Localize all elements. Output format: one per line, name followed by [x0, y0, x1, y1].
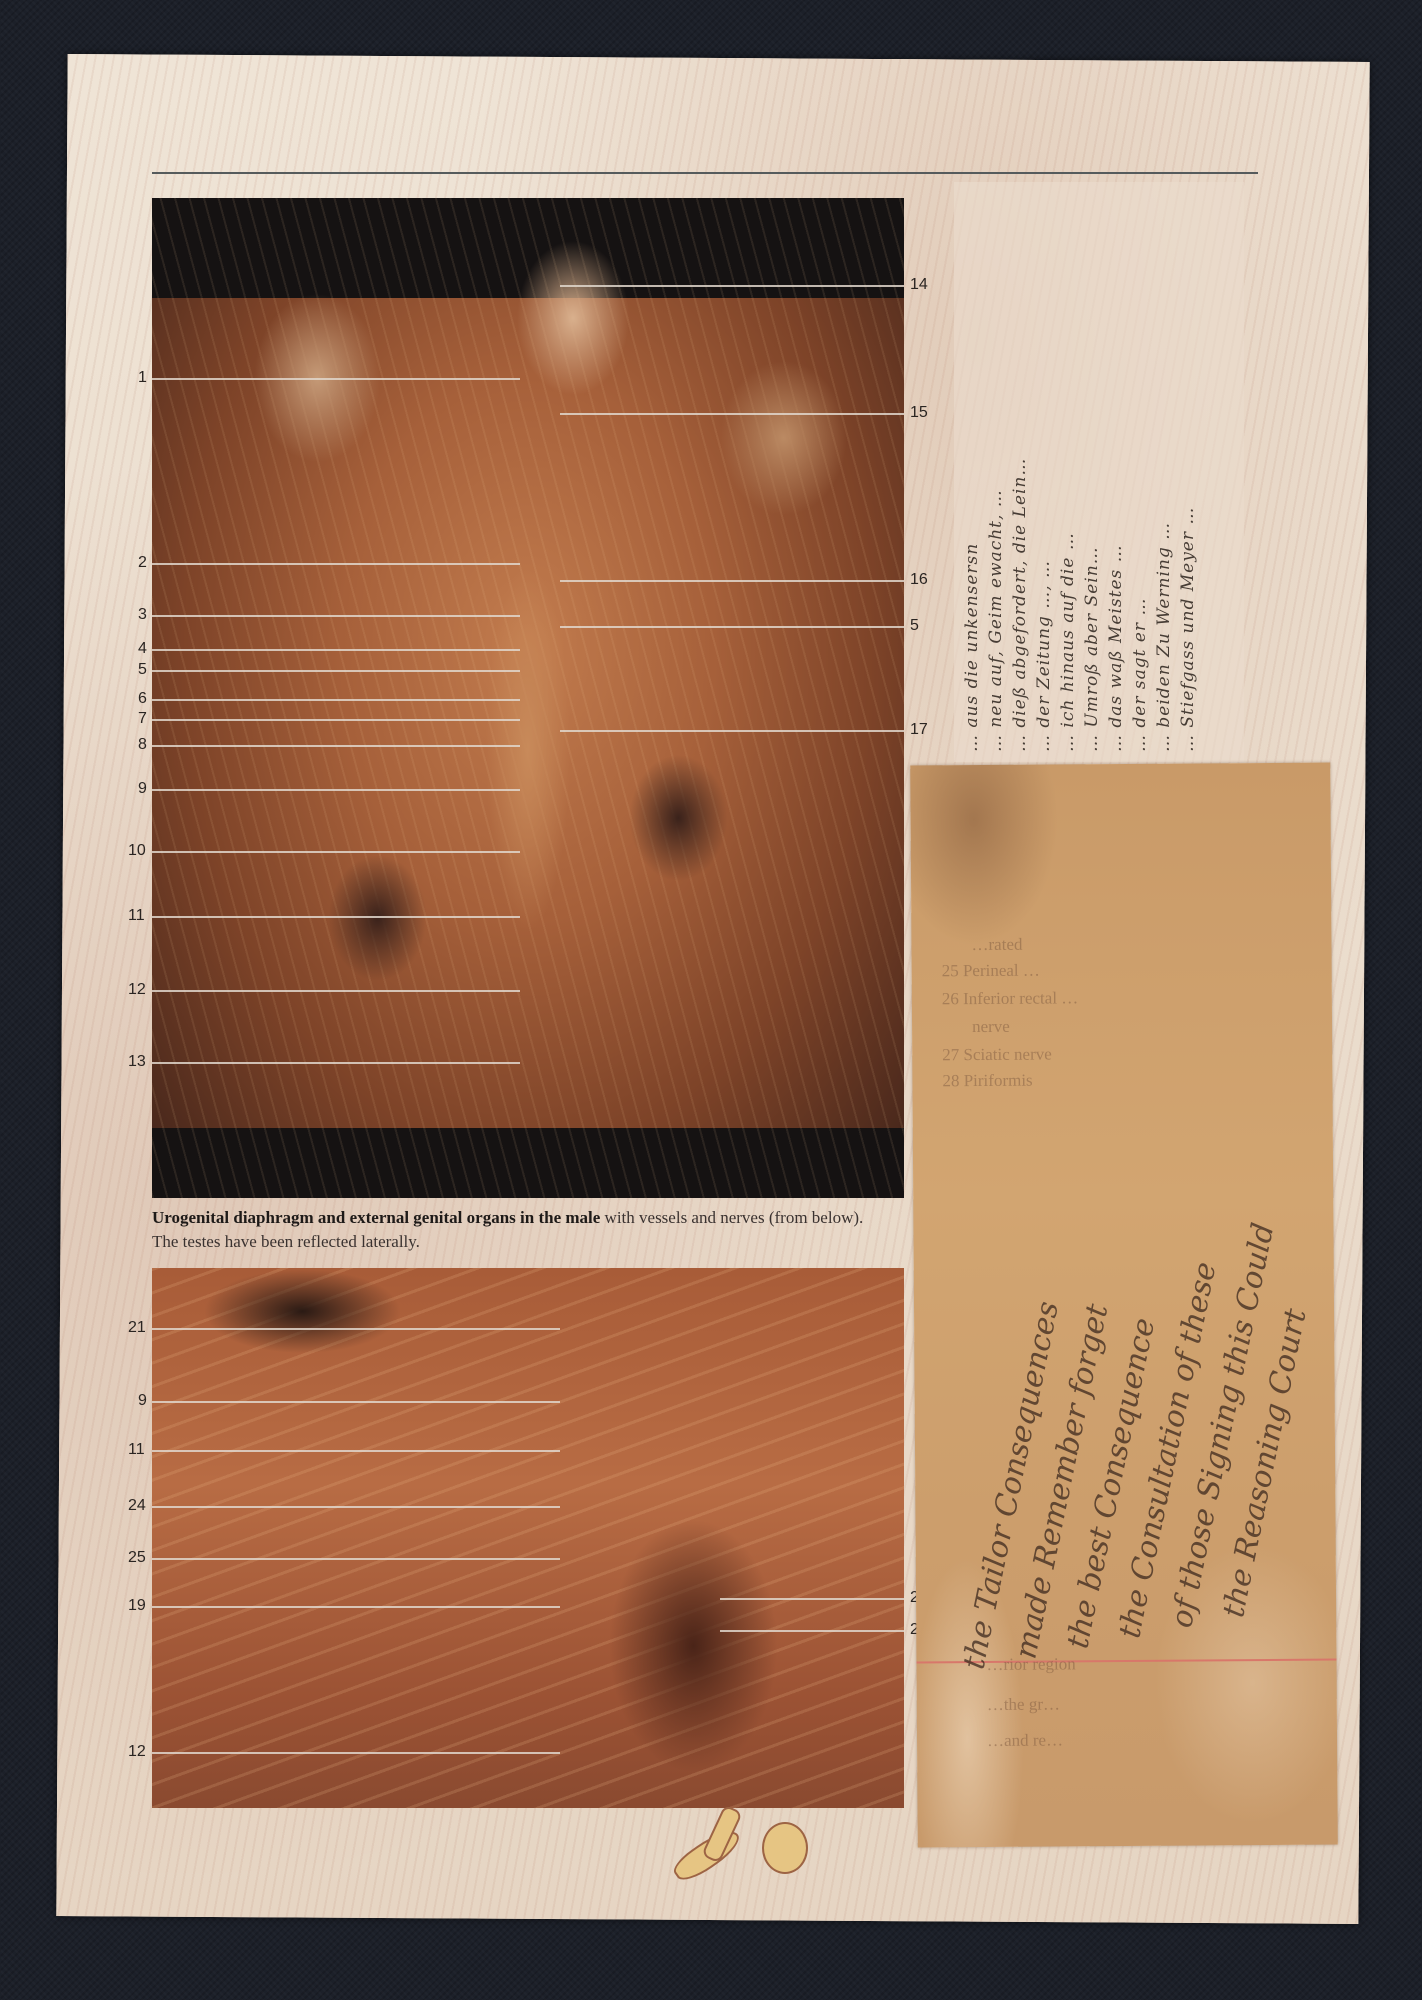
faded-print-text: …the gr…	[987, 1694, 1060, 1715]
figure-label-number: 8	[138, 737, 147, 753]
caption-bold: Urogenital diaphragm and external genita…	[152, 1208, 600, 1227]
figure-label-number: 6	[138, 691, 147, 707]
figure-label-number: 4	[138, 641, 147, 657]
leader-line	[560, 730, 904, 732]
leader-line	[152, 563, 520, 565]
figure-label-number: 9	[138, 781, 147, 797]
leader-line	[152, 1401, 560, 1403]
leader-line	[720, 1630, 904, 1632]
figure-label-number: 21	[128, 1320, 146, 1336]
leader-line	[152, 1328, 560, 1330]
handwritten-line: … dieß abgefordert, die Lein…	[1010, 458, 1030, 752]
leader-line	[152, 1062, 520, 1064]
figure-label-number: 3	[138, 607, 147, 623]
figure-label-number: 24	[128, 1498, 146, 1514]
leader-line	[152, 1606, 560, 1608]
figure-label-number: 13	[128, 1054, 146, 1070]
figure-label-number: 1	[138, 370, 147, 386]
faded-print-text: 26 Inferior rectal …	[942, 988, 1079, 1009]
figure-label-number: 12	[128, 1744, 146, 1760]
leader-line	[720, 1598, 904, 1600]
handwritten-line: … der sagt er …	[1130, 598, 1150, 752]
leader-line	[560, 626, 904, 628]
handwritten-line: … Umroß aber Sein…	[1082, 546, 1102, 752]
figure-label-number: 16	[910, 572, 928, 588]
leader-line	[152, 615, 520, 617]
figure-label-number: 12	[128, 982, 146, 998]
handwritten-letter-fragment: … aus die unkensersn… neu auf, Geim ewac…	[954, 182, 1244, 762]
figure-label-number: 7	[138, 711, 147, 727]
handwritten-line: … Stiefgass und Meyer …	[1178, 507, 1198, 752]
leader-line	[152, 990, 520, 992]
handwritten-line: … der Zeitung …, …	[1034, 560, 1054, 752]
leader-line	[152, 1752, 560, 1754]
figure-label-number: 17	[910, 722, 928, 738]
figure-label-number: 11	[128, 908, 145, 924]
leader-line	[152, 789, 520, 791]
figure-caption: Urogenital diaphragm and external genita…	[152, 1206, 892, 1254]
leader-line	[560, 285, 904, 287]
handwritten-line: … beiden Zu Werning …	[1154, 522, 1174, 752]
figure-label-number: 11	[128, 1442, 145, 1458]
figure-label-number: 2	[138, 555, 147, 571]
brown-paper-overlay: …rated25 Perineal …26 Inferior rectal … …	[910, 763, 1338, 1848]
leader-line	[152, 670, 520, 672]
leader-line	[152, 1450, 560, 1452]
figure-label-number: 9	[138, 1393, 147, 1409]
faded-print-text: 25 Perineal …	[942, 961, 1040, 982]
figure-label-number: 5	[910, 618, 919, 634]
anatomy-photo-bottom	[152, 1268, 904, 1808]
figure-label-number: 10	[128, 843, 146, 859]
leader-line	[152, 378, 520, 380]
faded-print-text: 28 Piriformis	[942, 1071, 1032, 1092]
handwritten-line: … das waß Meistes …	[1106, 544, 1126, 752]
leader-line	[152, 851, 520, 853]
handwritten-line: … aus die unkensersn	[962, 543, 982, 752]
wax-drip-round	[762, 1822, 808, 1874]
figure-label-number: 19	[128, 1598, 146, 1614]
handwritten-line: … neu auf, Geim ewacht, …	[986, 489, 1006, 752]
leader-line	[152, 699, 520, 701]
leader-line	[152, 916, 520, 918]
leader-line	[152, 1558, 560, 1560]
figure-label-number: 14	[910, 277, 928, 293]
faded-print-text: …rated	[971, 935, 1022, 955]
leader-line	[152, 1506, 560, 1508]
faded-print-text: …and re…	[987, 1730, 1063, 1751]
figure-label-number: 5	[138, 662, 147, 678]
leader-line	[560, 580, 904, 582]
anatomy-photo-top	[152, 198, 904, 1198]
figure-label-number: 25	[128, 1550, 146, 1566]
figure-label-number: 15	[910, 405, 928, 421]
handwritten-line: … ich hinaus auf die …	[1058, 532, 1078, 752]
leader-line	[152, 719, 520, 721]
leader-line	[152, 649, 520, 651]
faded-print-text: 27 Sciatic nerve	[942, 1044, 1052, 1065]
leader-line	[560, 413, 904, 415]
leader-line	[152, 745, 520, 747]
horizontal-rule	[152, 172, 1258, 174]
faded-print-text: nerve	[972, 1017, 1010, 1037]
